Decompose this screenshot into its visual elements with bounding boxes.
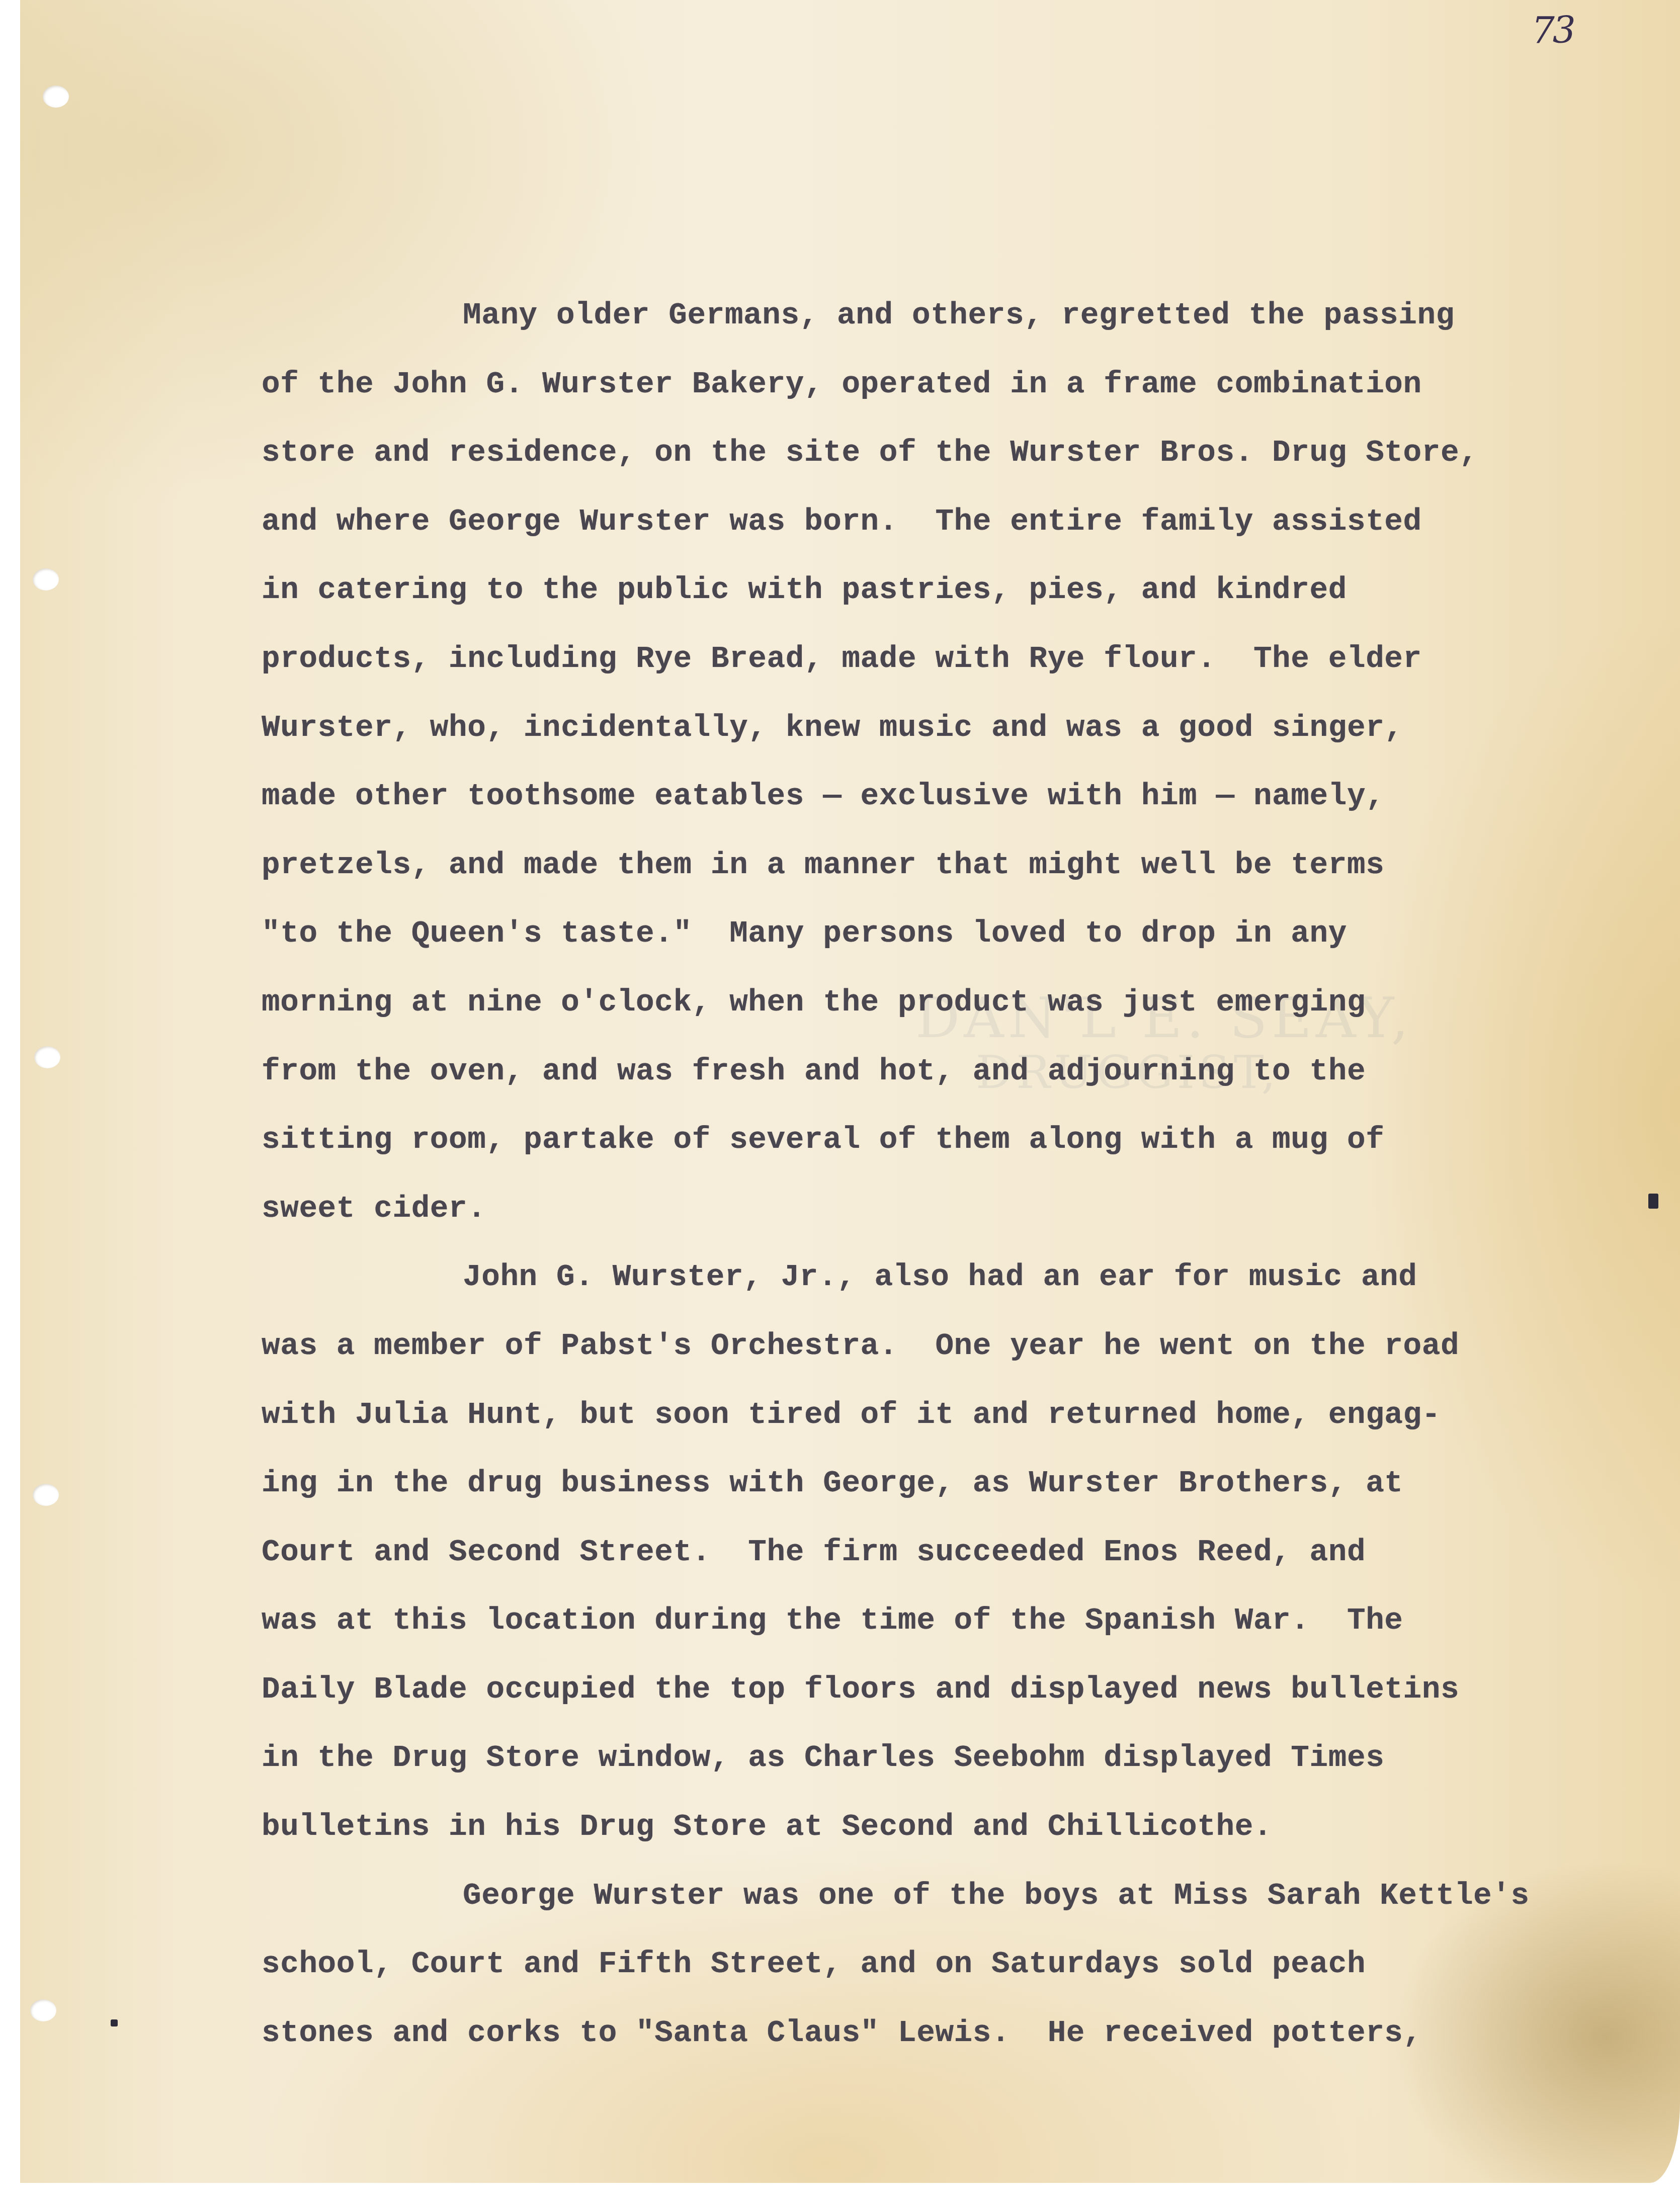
text-line: school, Court and Fifth Street, and on S… (262, 1930, 1620, 1999)
text-line: Wurster, who, incidentally, knew music a… (262, 694, 1620, 763)
ink-speck-icon (111, 2019, 118, 2026)
text-line: ing in the drug business with George, as… (262, 1450, 1620, 1518)
text-line: was a member of Pabst's Orchestra. One y… (262, 1312, 1620, 1381)
text-line: in the Drug Store window, as Charles See… (262, 1724, 1620, 1793)
text-line: "to the Queen's taste." Many persons lov… (262, 900, 1620, 969)
text-line: George Wurster was one of the boys at Mi… (262, 1862, 1620, 1931)
text-line: Daily Blade occupied the top floors and … (262, 1656, 1620, 1725)
page-number: 73 (1532, 9, 1574, 51)
text-line: sitting room, partake of several of them… (262, 1106, 1620, 1175)
punch-hole-icon (33, 1484, 59, 1506)
document-page: 73 DAN'L E. SEAY, DRUGGIST, Many older G… (20, 0, 1680, 2183)
punch-hole-icon (34, 1046, 60, 1068)
text-line: morning at nine o'clock, when the produc… (262, 969, 1620, 1038)
text-line: sweet cider. (262, 1175, 1620, 1244)
text-line: made other toothsome eatables — exclusiv… (262, 763, 1620, 831)
text-line: with Julia Hunt, but soon tired of it an… (262, 1381, 1620, 1450)
punch-hole-icon (43, 86, 69, 108)
text-line: from the oven, and was fresh and hot, an… (262, 1038, 1620, 1107)
text-line: pretzels, and made them in a manner that… (262, 831, 1620, 900)
text-line: Many older Germans, and others, regrette… (262, 282, 1620, 351)
text-line: bulletins in his Drug Store at Second an… (262, 1793, 1620, 1862)
text-line: store and residence, on the site of the … (262, 419, 1620, 488)
text-line: and where George Wurster was born. The e… (262, 488, 1620, 557)
typewritten-body: Many older Germans, and others, regrette… (262, 282, 1620, 2068)
text-line: stones and corks to "Santa Claus" Lewis.… (262, 1999, 1620, 2068)
text-line: products, including Rye Bread, made with… (262, 625, 1620, 694)
text-line: of the John G. Wurster Bakery, operated … (262, 351, 1620, 419)
text-line: in catering to the public with pastries,… (262, 556, 1620, 625)
text-line: John G. Wurster, Jr., also had an ear fo… (262, 1243, 1620, 1312)
punch-hole-icon (33, 568, 59, 590)
text-line: was at this location during the time of … (262, 1587, 1620, 1656)
text-line: Court and Second Street. The firm succee… (262, 1518, 1620, 1587)
ink-speck-icon (1648, 1194, 1658, 1209)
punch-hole-icon (30, 1999, 56, 2021)
